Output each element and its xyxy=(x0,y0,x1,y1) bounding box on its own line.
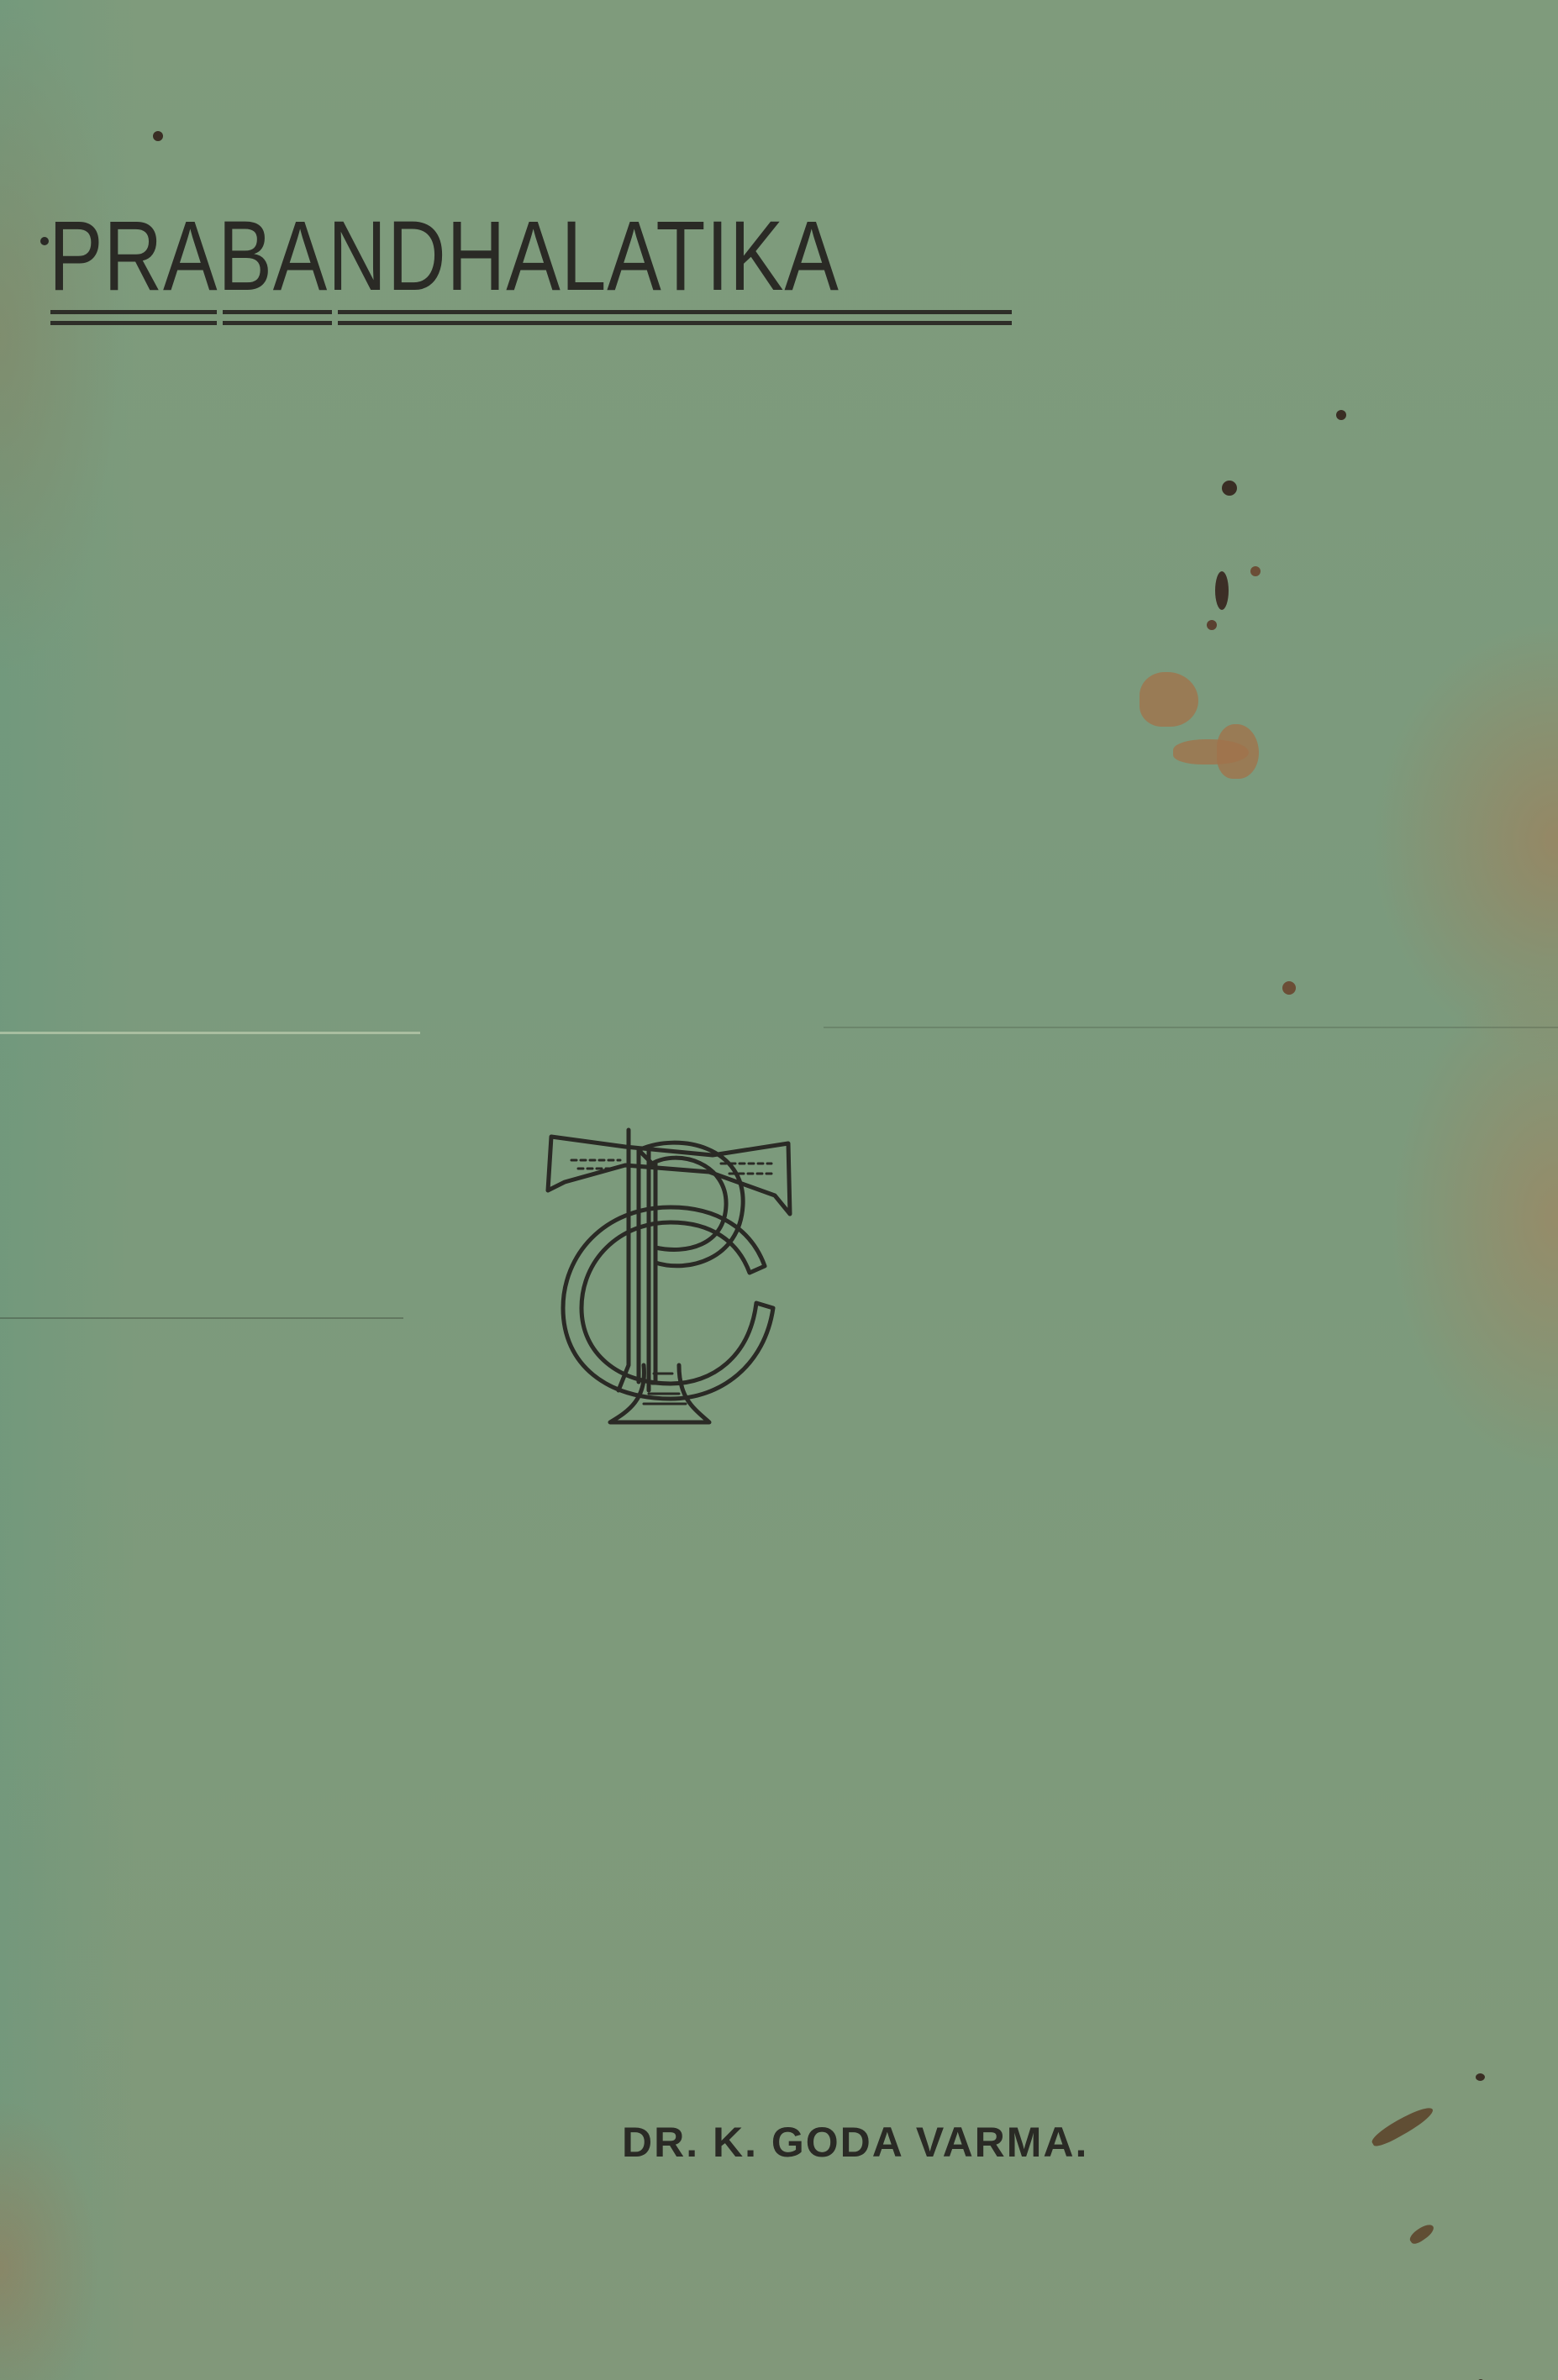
book-title: PRABANDHALATIKA xyxy=(49,207,840,306)
fold-crease xyxy=(0,1032,420,1034)
book-cover: PRABANDHALATIKA DR. K. GODA V xyxy=(0,0,1558,2380)
fold-crease xyxy=(824,1027,1558,1028)
author-name: DR. K. GODA VARMA. xyxy=(622,2119,1088,2166)
title-dot xyxy=(40,237,49,245)
fold-crease xyxy=(0,1317,403,1319)
monogram-icon xyxy=(545,1113,797,1437)
